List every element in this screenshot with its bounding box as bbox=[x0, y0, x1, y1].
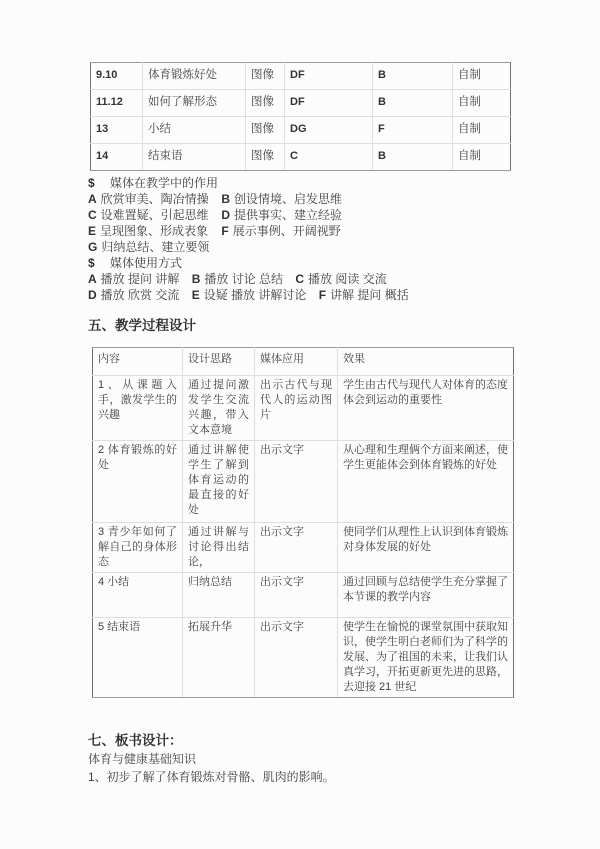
item-key: A bbox=[88, 192, 97, 206]
table-row: 11.12 如何了解形态 图像 DF B 自制 bbox=[91, 90, 511, 117]
schedule-cell: DG bbox=[285, 117, 373, 144]
process-cell-content: 2 体育锻炼的好处 bbox=[93, 441, 183, 523]
list-item: A欣赏审美、陶冶情操 B创设情境、启发思维 bbox=[88, 191, 528, 207]
item-key: D bbox=[221, 208, 230, 222]
schedule-cell: 图像 bbox=[246, 90, 285, 117]
process-cell-effect: 使同学们从理性上认识到体育锻炼对身体发展的好处 bbox=[338, 523, 514, 573]
board-design-line: 1、初步了解了体育锻炼对骨骼、肌肉的影响。 bbox=[88, 768, 335, 786]
table-row: 2 体育锻炼的好处 通过讲解使学生了解到体育运动的最直接的好处 出示文字 从心理… bbox=[93, 441, 514, 523]
document-page: 9.10 体育锻炼好处 图像 DF B 自制 11.12 如何了解形态 图像 D… bbox=[0, 0, 600, 849]
schedule-cell: 结束语 bbox=[143, 144, 246, 171]
schedule-cell: C bbox=[285, 144, 373, 171]
media-usage-title: 媒体使用方式 bbox=[110, 256, 182, 270]
schedule-cell: B bbox=[373, 144, 453, 171]
schedule-cell: 小结 bbox=[143, 117, 246, 144]
schedule-cell: 自制 bbox=[453, 63, 511, 90]
table-row: 14 结束语 图像 C B 自制 bbox=[91, 144, 511, 171]
section-symbol: $ bbox=[88, 255, 110, 271]
table-row: 5 结束语 拓展升华 出示文字 使学生在愉悦的课堂氛围中获取知识，使学生明白老师… bbox=[93, 618, 514, 698]
schedule-cell: 如何了解形态 bbox=[143, 90, 246, 117]
process-cell-effect: 从心理和生理俩个方面来阐述，使学生更能体会到体育锻炼的好处 bbox=[338, 441, 514, 523]
section-five-title: 五、教学过程设计 bbox=[88, 314, 196, 334]
item-text: 创设情境、启发思维 bbox=[234, 192, 342, 206]
item-key: F bbox=[221, 224, 228, 238]
process-cell-design: 通过讲解与讨论得出结论， bbox=[183, 523, 255, 573]
media-usage-heading: $媒体使用方式 bbox=[88, 255, 528, 271]
table-row: 4 小结 归纳总结 出示文字 通过回顾与总结使学生充分掌握了本节课的教学内容 bbox=[93, 573, 514, 618]
media-role-title: 媒体在教学中的作用 bbox=[110, 176, 218, 190]
item-key: G bbox=[88, 240, 97, 254]
process-header-cell: 内容 bbox=[93, 348, 183, 376]
process-design-table: 内容 设计思路 媒体应用 效果 1、从课题入手，激发学生的兴趣 通过提问激发学生… bbox=[92, 347, 513, 698]
schedule-cell: 14 bbox=[91, 144, 143, 171]
item-text: 播放 欣赏 交流 bbox=[101, 288, 180, 302]
list-item: A播放 提问 讲解 B播放 讨论 总结 C播放 阅读 交流 bbox=[88, 271, 528, 287]
schedule-cell: 自制 bbox=[453, 117, 511, 144]
table-row: 9.10 体育锻炼好处 图像 DF B 自制 bbox=[91, 63, 511, 90]
process-cell-media: 出示古代与现代人的运动图片 bbox=[255, 376, 338, 441]
item-text: 播放 讨论 总结 bbox=[204, 272, 283, 286]
media-schedule-table: 9.10 体育锻炼好处 图像 DF B 自制 11.12 如何了解形态 图像 D… bbox=[90, 62, 510, 171]
schedule-cell: 图像 bbox=[246, 63, 285, 90]
table-row: 13 小结 图像 DG F 自制 bbox=[91, 117, 511, 144]
schedule-cell: B bbox=[373, 63, 453, 90]
schedule-cell: 9.10 bbox=[91, 63, 143, 90]
table-row: 1、从课题入手，激发学生的兴趣 通过提问激发学生交流兴趣，带入文本意境 出示古代… bbox=[93, 376, 514, 441]
process-cell-media: 出示文字 bbox=[255, 441, 338, 523]
process-header-cell: 设计思路 bbox=[183, 348, 255, 376]
process-header-cell: 媒体应用 bbox=[255, 348, 338, 376]
process-cell-content: 5 结束语 bbox=[93, 618, 183, 698]
process-cell-content: 1、从课题入手，激发学生的兴趣 bbox=[93, 376, 183, 441]
list-item: G归纳总结、建立要领 bbox=[88, 239, 528, 255]
process-cell-media: 出示文字 bbox=[255, 618, 338, 698]
item-text: 呈现图象、形成表象 bbox=[100, 224, 208, 238]
item-text: 提供事实、建立经验 bbox=[234, 208, 342, 222]
item-key: C bbox=[295, 272, 304, 286]
item-text: 设疑 播放 讲解讨论 bbox=[204, 288, 307, 302]
list-item: C设难置疑、引起思维 D提供事实、建立经验 bbox=[88, 207, 528, 223]
schedule-cell: 自制 bbox=[453, 90, 511, 117]
media-legend-lists: $媒体在教学中的作用 A欣赏审美、陶冶情操 B创设情境、启发思维 C设难置疑、引… bbox=[88, 175, 528, 303]
item-key: A bbox=[88, 272, 97, 286]
section-symbol: $ bbox=[88, 175, 110, 191]
schedule-cell: B bbox=[373, 90, 453, 117]
schedule-cell: 11.12 bbox=[91, 90, 143, 117]
process-cell-design: 通过提问激发学生交流兴趣，带入文本意境 bbox=[183, 376, 255, 441]
schedule-cell: F bbox=[373, 117, 453, 144]
item-text: 展示事例、开阔视野 bbox=[233, 224, 341, 238]
item-text: 设难置疑、引起思维 bbox=[101, 208, 209, 222]
schedule-cell: DF bbox=[285, 63, 373, 90]
schedule-cell: 图像 bbox=[246, 117, 285, 144]
item-text: 播放 阅读 交流 bbox=[308, 272, 387, 286]
process-cell-effect: 通过回顾与总结使学生充分掌握了本节课的教学内容 bbox=[338, 573, 514, 618]
process-cell-design: 归纳总结 bbox=[183, 573, 255, 618]
process-cell-media: 出示文字 bbox=[255, 573, 338, 618]
process-cell-effect: 学生由古代与现代人对体育的态度体会到运动的重要性 bbox=[338, 376, 514, 441]
item-key: B bbox=[192, 272, 201, 286]
item-key: F bbox=[319, 288, 326, 302]
item-text: 欣赏审美、陶冶情操 bbox=[101, 192, 209, 206]
board-design-lines: 体育与健康基础知识 1、初步了解了体育锻炼对骨骼、肌肉的影响。 bbox=[88, 750, 335, 786]
item-key: E bbox=[192, 288, 200, 302]
section-seven-title: 七、板书设计： bbox=[88, 729, 183, 749]
board-design-line: 体育与健康基础知识 bbox=[88, 750, 335, 768]
item-text: 讲解 提问 概括 bbox=[330, 288, 409, 302]
table-row: 3 青少年如何了解自己的身体形态 通过讲解与讨论得出结论， 出示文字 使同学们从… bbox=[93, 523, 514, 573]
item-key: E bbox=[88, 224, 96, 238]
process-cell-design: 通过讲解使学生了解到体育运动的最直接的好处 bbox=[183, 441, 255, 523]
item-text: 播放 提问 讲解 bbox=[101, 272, 180, 286]
process-cell-effect: 使学生在愉悦的课堂氛围中获取知识，使学生明白老师们为了科学的发展、为了祖国的未来… bbox=[338, 618, 514, 698]
process-cell-design: 拓展升华 bbox=[183, 618, 255, 698]
item-text: 归纳总结、建立要领 bbox=[101, 240, 209, 254]
list-item: E呈现图象、形成表象 F展示事例、开阔视野 bbox=[88, 223, 528, 239]
item-key: B bbox=[221, 192, 230, 206]
table-header-row: 内容 设计思路 媒体应用 效果 bbox=[93, 348, 514, 376]
process-cell-media: 出示文字 bbox=[255, 523, 338, 573]
schedule-cell: 图像 bbox=[246, 144, 285, 171]
media-role-heading: $媒体在教学中的作用 bbox=[88, 175, 528, 191]
list-item: D播放 欣赏 交流 E设疑 播放 讲解讨论 F讲解 提问 概括 bbox=[88, 287, 528, 303]
item-key: D bbox=[88, 288, 97, 302]
schedule-cell: 自制 bbox=[453, 144, 511, 171]
schedule-cell: 13 bbox=[91, 117, 143, 144]
schedule-cell: 体育锻炼好处 bbox=[143, 63, 246, 90]
process-cell-content: 3 青少年如何了解自己的身体形态 bbox=[93, 523, 183, 573]
item-key: C bbox=[88, 208, 97, 222]
process-header-cell: 效果 bbox=[338, 348, 514, 376]
schedule-cell: DF bbox=[285, 90, 373, 117]
process-cell-content: 4 小结 bbox=[93, 573, 183, 618]
